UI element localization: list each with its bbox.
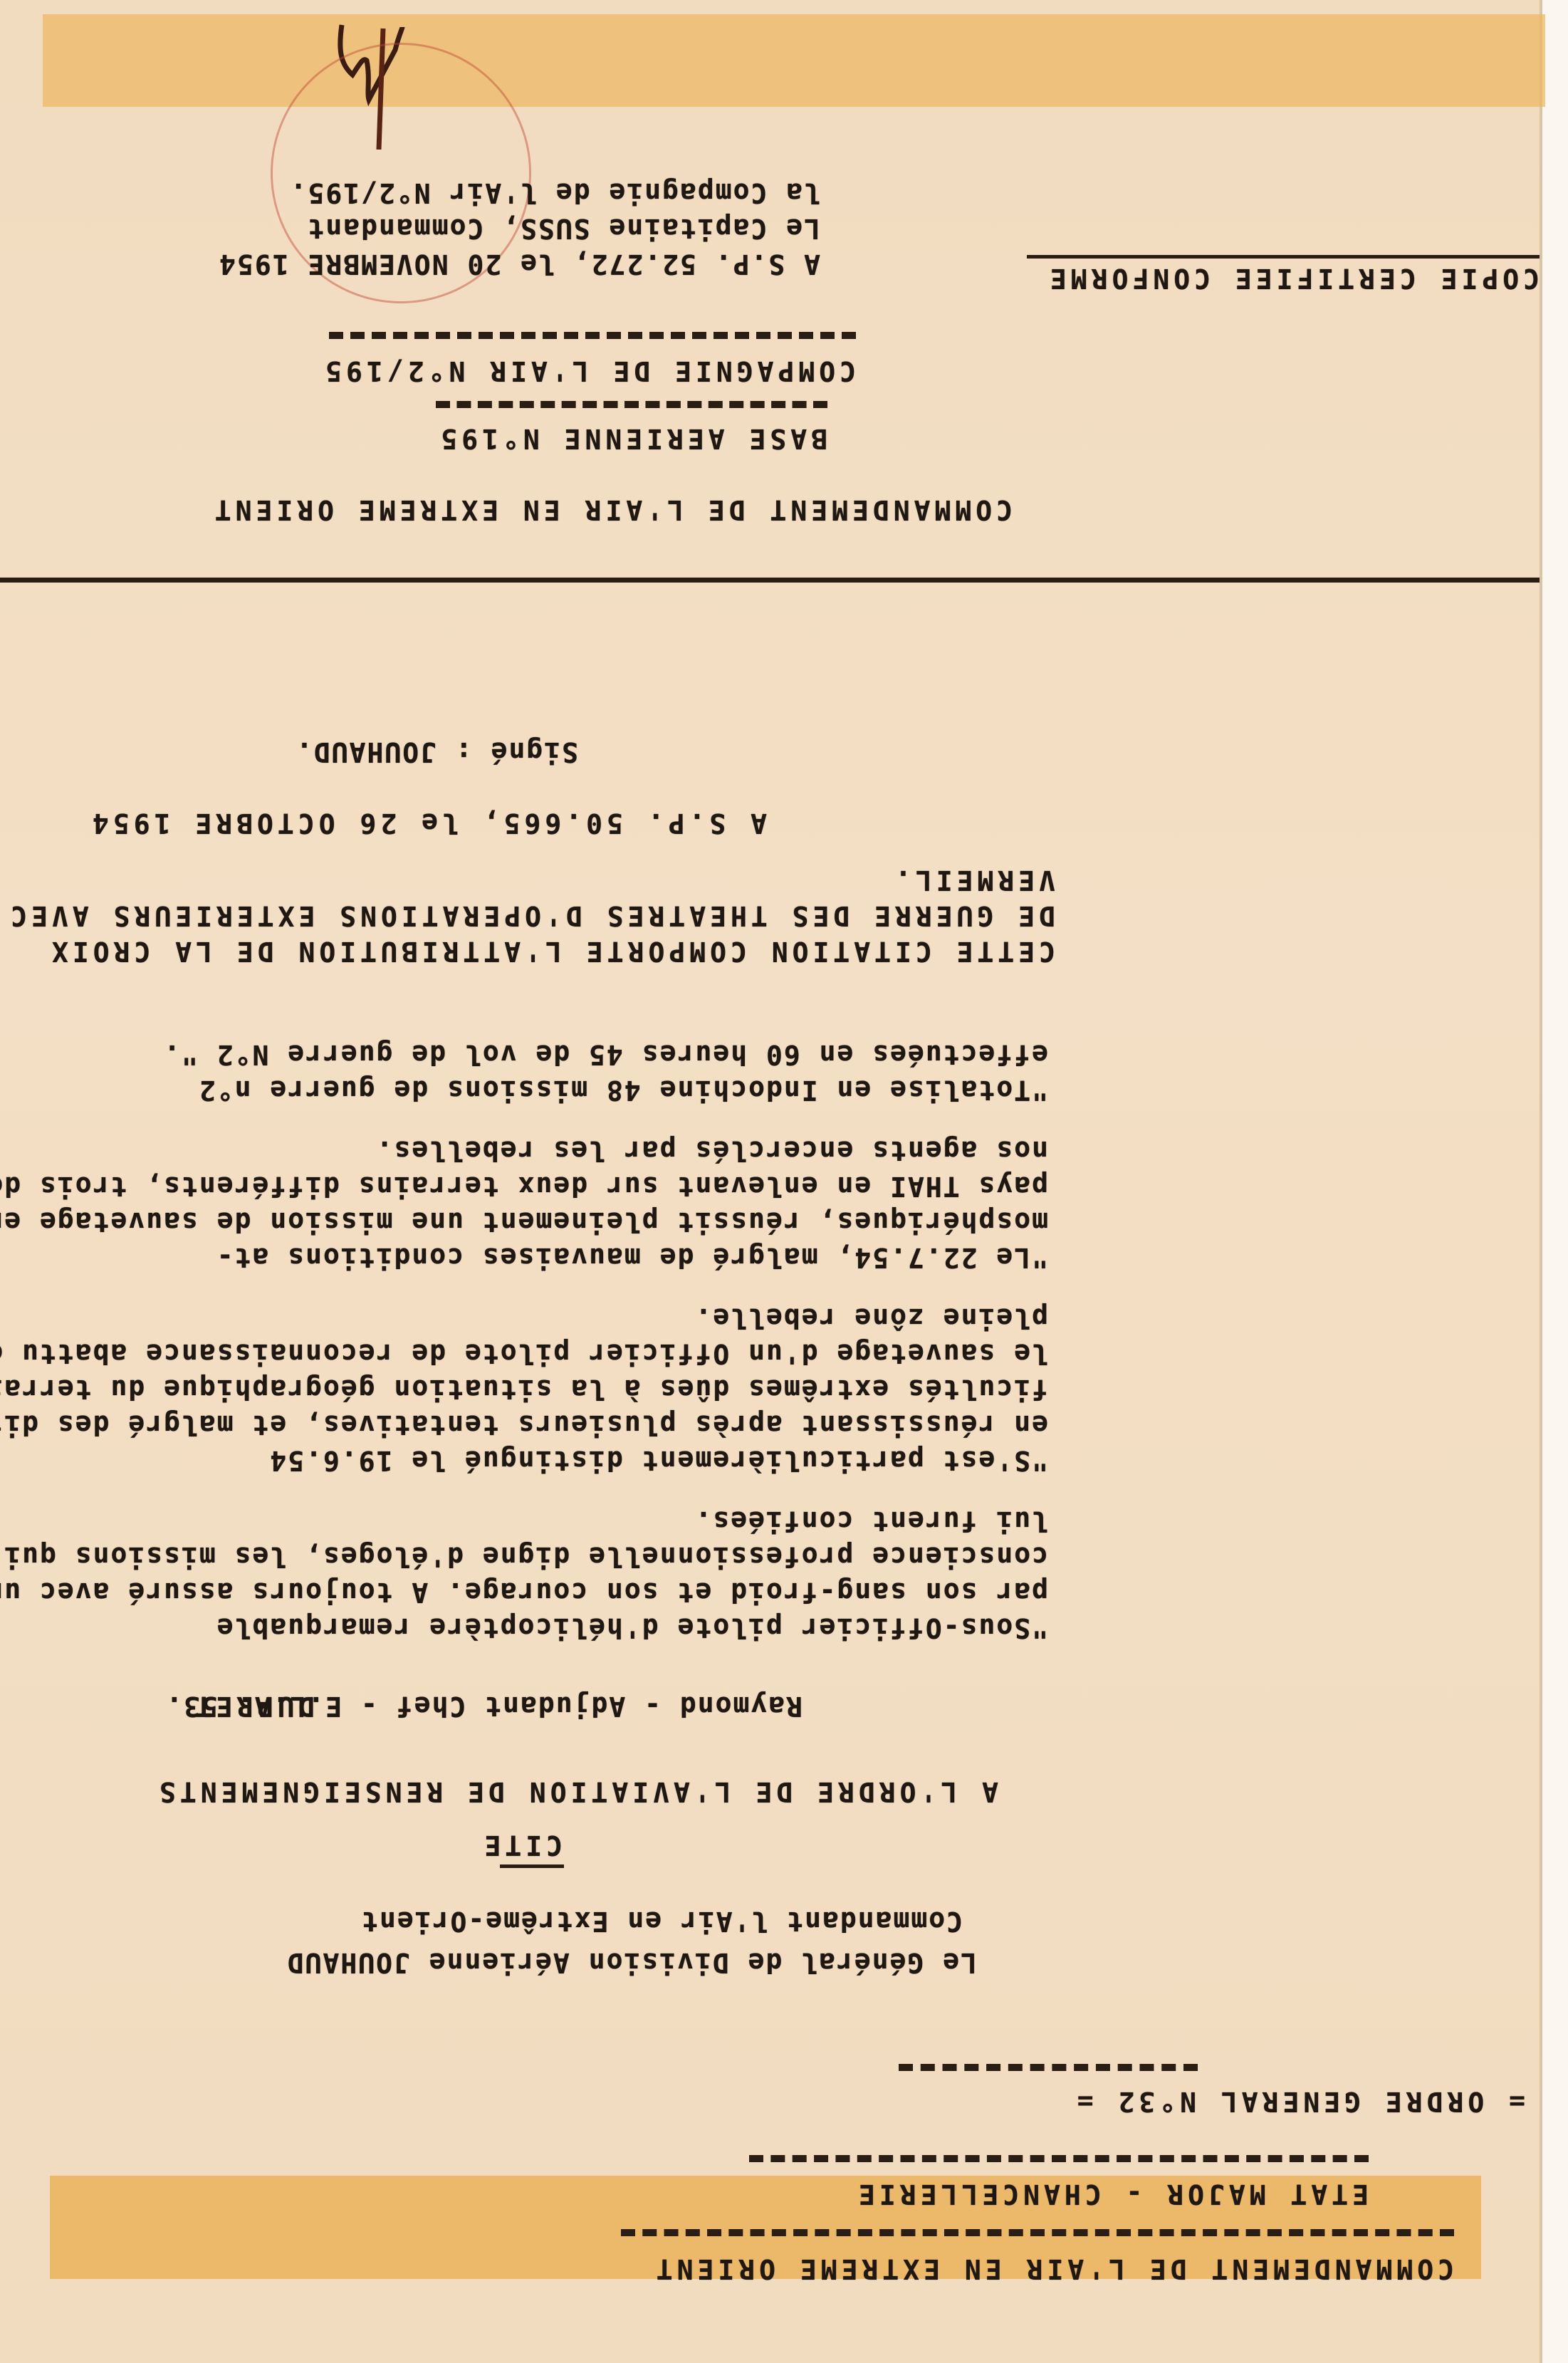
copy-label: COPIE CERTIFIEE CONFORME <box>1046 263 1540 294</box>
section-divider <box>0 578 1540 583</box>
cert-signatory-1: Le Capitaine SUSS, Commandant <box>307 213 820 244</box>
signature: Signé : JOUHAUD. <box>295 736 578 768</box>
para4-line1: "Totalise en Indochine 48 missions de gu… <box>198 1075 1048 1106</box>
header-command: COMMANDEMENT DE L'AIR EN EXTREME ORIENT <box>652 2253 1454 2285</box>
unit-line1: COMMANDEMENT DE L'AIR EN EXTREME ORIENT <box>211 494 1013 526</box>
para2-line1: "S'est particulièrement distingué le 19.… <box>268 1445 1048 1476</box>
order-underline <box>899 2064 1198 2071</box>
award-line1: CETTE CITATION COMPORTE L'ATTRIBUTION DE… <box>48 936 1055 967</box>
cert-signatory-2: la Compagnie de l'Air N°2/195. <box>289 177 820 209</box>
award-line3: VERMEIL. <box>891 865 1055 896</box>
para1-line4: lui furent confiées. <box>694 1506 1048 1537</box>
authority-line-2: Commandant l'Air en Extrême-Orient <box>360 1906 963 1937</box>
order-number: = ORDRE GENERAL N°32 = <box>1073 2086 1525 2117</box>
authority-line-1: Le Général de Division Aérienne JOUHAUD <box>286 1947 977 1978</box>
para3-line1: "Le 22.7.54, malgré de mauvaises conditi… <box>216 1242 1048 1273</box>
para2-line5: pleine zône rebelle. <box>694 1303 1048 1334</box>
para1-line1: "Sous-Officier pilote d'hélicoptère rema… <box>216 1612 1048 1644</box>
para1-line2: par son sang-froid et son courage. A tou… <box>0 1577 1048 1608</box>
para2-line3: ficultés extrêmes dûes à la situation gé… <box>0 1374 1048 1405</box>
order-of: A L'ORDRE DE L'AVIATION DE RENSEIGNEMENT… <box>155 1776 998 1808</box>
header-office: ETAT MAJOR - CHANCELLERIE <box>854 2179 1369 2210</box>
title-overline <box>500 1864 564 1868</box>
unit-divider-1 <box>436 401 827 408</box>
para2-line4: le sauvetage d'un Officier pilote de rec… <box>0 1338 1048 1370</box>
unit-line2: BASE AERIENNE N°195 <box>437 423 827 454</box>
para3-line3: pays THAI en enlevant sur deux terrains … <box>0 1171 1048 1202</box>
office-divider <box>749 2155 1369 2162</box>
copy-label-underline <box>1027 255 1540 259</box>
issue-location-date: A S.P. 50.665, le 26 OCTOBRE 1954 <box>88 808 767 839</box>
para1-line3: conscience professionnelle digne d'éloge… <box>3 1541 1048 1572</box>
unit-line3: COMPAGNIE DE L'AIR N°2/195 <box>321 355 856 387</box>
para2-line2: en réussissant après plusieurs tentative… <box>0 1409 1048 1441</box>
recipient-details: Raymond - Adjudant Chef - E.L.A. 53. <box>164 1691 803 1722</box>
document-body: COMMANDEMENT DE L'AIR EN EXTREME ORIENT … <box>0 0 1540 2363</box>
award-line2: DE GUERRE DES THEATRES D'OPERATIONS EXTE… <box>0 900 1055 932</box>
citation-title: CITE <box>480 1830 563 1861</box>
para3-line2: mosphériques, réussit pleinement une mis… <box>0 1206 1048 1238</box>
para3-line4: nos agents encerclés par les rebelles. <box>375 1135 1048 1167</box>
unit-divider-2 <box>329 332 856 339</box>
paper-edge <box>1540 0 1542 2363</box>
header-divider <box>621 2229 1454 2236</box>
cert-location-date: A S.P. 52.272, le 20 NOVEMBRE 1954 <box>218 249 820 280</box>
para4-line2: effectuées en 60 heures 45 de vol de gue… <box>162 1039 1048 1070</box>
